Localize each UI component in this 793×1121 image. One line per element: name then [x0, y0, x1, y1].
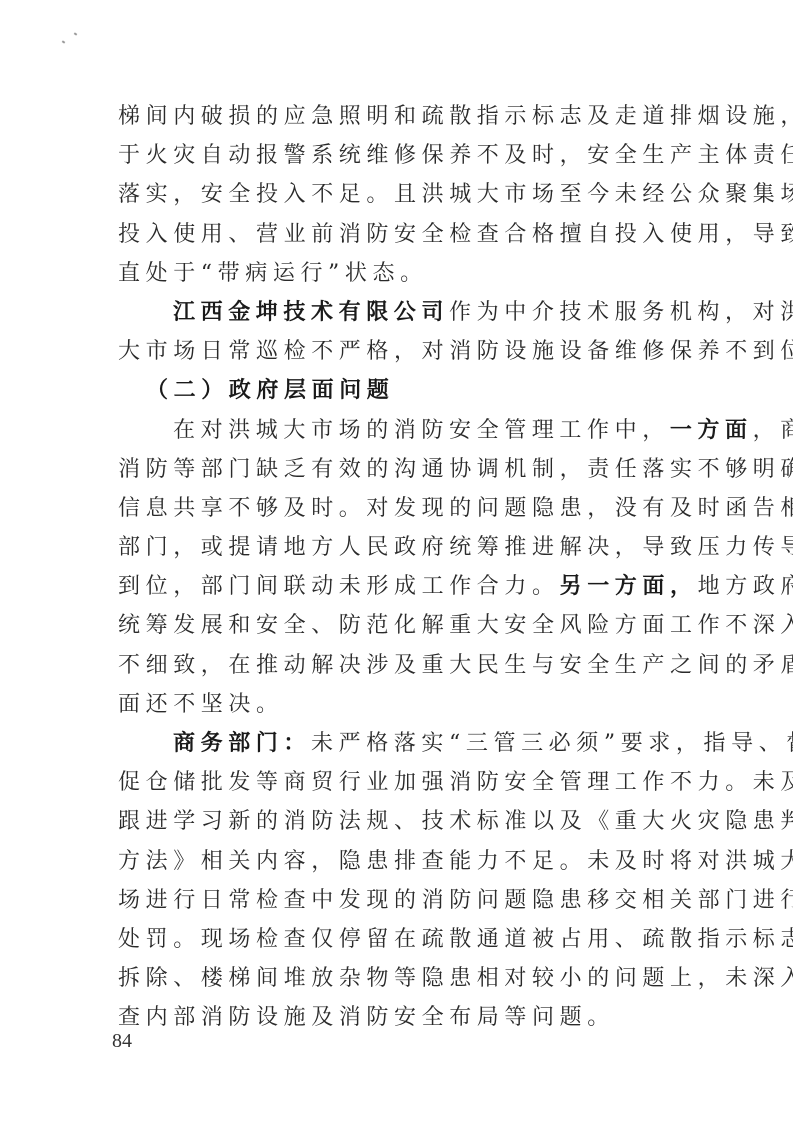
text-segment: 拆除、楼梯间堆放杂物等隐患相对较小的问题上，未深入检	[118, 966, 793, 991]
text-segment: 直处于“带病运行”状态。	[118, 261, 428, 286]
text-line: 跟进学习新的消防法规、技术标准以及《重大火灾隐患判定	[118, 802, 678, 841]
page-number: 84	[112, 1030, 132, 1053]
text-line: 于火灾自动报警系统维修保养不及时，安全生产主体责任不	[118, 136, 678, 175]
text-line: 统筹发展和安全、防范化解重大安全风险方面工作不深入、	[118, 606, 678, 645]
text-segment: 方法》相关内容，隐患排查能力不足。未及时将对洪城大市	[118, 849, 793, 874]
text-line: 场进行日常检查中发现的消防问题隐患移交相关部门进行	[118, 881, 678, 920]
text-segment: 作为中介技术服务机构，对洪城	[449, 300, 793, 325]
bold-text-segment: 一方面	[670, 418, 753, 443]
text-segment: 面还不坚决。	[118, 692, 284, 717]
bold-text-segment: 江西金坤技术有限公司	[173, 300, 449, 325]
text-line: 面还不坚决。	[118, 685, 678, 724]
text-segment: 地方政府在	[698, 574, 793, 599]
text-segment: 跟进学习新的消防法规、技术标准以及《重大火灾隐患判定	[118, 809, 793, 834]
text-line: 投入使用、营业前消防安全检查合格擅自投入使用，导致一	[118, 215, 678, 254]
text-line: 梯间内破损的应急照明和疏散指示标志及走道排烟设施，对	[118, 97, 678, 136]
text-segment: ，商务、	[753, 418, 793, 443]
text-segment: 促仓储批发等商贸行业加强消防安全管理工作不力。未及时	[118, 770, 793, 795]
bold-text-segment: （二）政府层面问题	[146, 378, 394, 403]
text-line: 商务部门：未严格落实“三管三必须”要求，指导、督	[118, 724, 678, 763]
text-segment: 投入使用、营业前消防安全检查合格擅自投入使用，导致一	[118, 222, 793, 247]
text-line: 在对洪城大市场的消防安全管理工作中，一方面，商务、	[118, 411, 678, 450]
text-segment: 梯间内破损的应急照明和疏散指示标志及走道排烟设施，对	[118, 104, 793, 129]
text-segment: 场进行日常检查中发现的消防问题隐患移交相关部门进行	[118, 888, 793, 913]
text-segment: 查内部消防设施及消防安全布局等问题。	[118, 1005, 615, 1030]
text-line: 江西金坤技术有限公司作为中介技术服务机构，对洪城	[118, 293, 678, 332]
text-segment: 大市场日常巡检不严格，对消防设施设备维修保养不到位。	[118, 339, 793, 364]
text-line: 查内部消防设施及消防安全布局等问题。	[118, 998, 678, 1037]
text-line: 不细致，在推动解决涉及重大民生与安全生产之间的矛盾方	[118, 646, 678, 685]
text-segment: 消防等部门缺乏有效的沟通协调机制，责任落实不够明确，	[118, 457, 793, 482]
text-segment: 于火灾自动报警系统维修保养不及时，安全生产主体责任不	[118, 143, 793, 168]
text-segment: 到位，部门间联动未形成工作合力。	[118, 574, 560, 599]
scan-speck	[74, 32, 78, 35]
section-heading: （二）政府层面问题	[118, 371, 678, 410]
bold-text-segment: 商务部门：	[173, 731, 311, 756]
text-segment: 统筹发展和安全、防范化解重大安全风险方面工作不深入、	[118, 613, 793, 638]
text-line: 处罚。现场检查仅停留在疏散通道被占用、疏散指示标志被	[118, 920, 678, 959]
document-body: 梯间内破损的应急照明和疏散指示标志及走道排烟设施，对于火灾自动报警系统维修保养不…	[118, 97, 678, 1038]
text-line: 消防等部门缺乏有效的沟通协调机制，责任落实不够明确，	[118, 450, 678, 489]
text-line: 直处于“带病运行”状态。	[118, 254, 678, 293]
text-line: 到位，部门间联动未形成工作合力。另一方面，地方政府在	[118, 567, 678, 606]
text-segment: 信息共享不够及时。对发现的问题隐患，没有及时函告相关	[118, 496, 793, 521]
text-line: 部门，或提请地方人民政府统筹推进解决，导致压力传导不	[118, 528, 678, 567]
text-line: 信息共享不够及时。对发现的问题隐患，没有及时函告相关	[118, 489, 678, 528]
text-segment: 部门，或提请地方人民政府统筹推进解决，导致压力传导不	[118, 535, 793, 560]
text-line: 落实，安全投入不足。且洪城大市场至今未经公众聚集场所	[118, 175, 678, 214]
text-line: 方法》相关内容，隐患排查能力不足。未及时将对洪城大市	[118, 842, 678, 881]
text-segment: 不细致，在推动解决涉及重大民生与安全生产之间的矛盾方	[118, 653, 793, 678]
text-segment: 未严格落实“三管三必须”要求，指导、督	[311, 731, 793, 756]
text-line: 大市场日常巡检不严格，对消防设施设备维修保养不到位。	[118, 332, 678, 371]
scan-speck	[62, 40, 66, 43]
text-segment: 在对洪城大市场的消防安全管理工作中，	[173, 418, 670, 443]
text-segment: 处罚。现场检查仅停留在疏散通道被占用、疏散指示标志被	[118, 927, 793, 952]
text-segment: 落实，安全投入不足。且洪城大市场至今未经公众聚集场所	[118, 182, 793, 207]
bold-text-segment: 另一方面，	[560, 574, 698, 599]
text-line: 拆除、楼梯间堆放杂物等隐患相对较小的问题上，未深入检	[118, 959, 678, 998]
text-line: 促仓储批发等商贸行业加强消防安全管理工作不力。未及时	[118, 763, 678, 802]
